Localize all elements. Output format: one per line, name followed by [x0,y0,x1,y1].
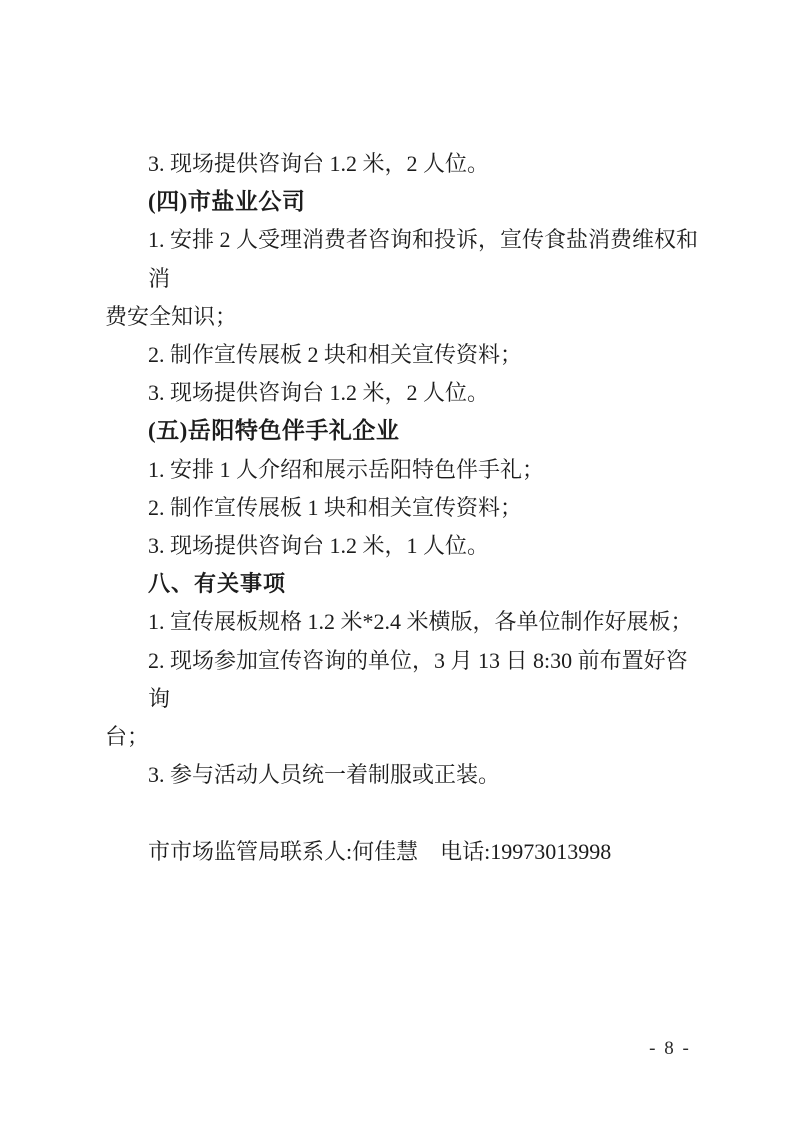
section-heading-4: (四)市盐业公司 [105,183,707,221]
paragraph-line: 2. 制作宣传展板 2 块和相关宣传资料； [105,336,707,374]
document-body: 3. 现场提供咨询台 1.2 米，2 人位。 (四)市盐业公司 1. 安排 2 … [105,145,707,871]
paragraph-line-wrap: 费安全知识； [105,298,707,336]
paragraph-line: 3. 现场提供咨询台 1.2 米，2 人位。 [105,145,707,183]
paragraph-line: 3. 现场提供咨询台 1.2 米，2 人位。 [105,374,707,412]
page-number: - 8 - [640,1038,700,1060]
paragraph-line-wrap: 台； [105,718,707,756]
section-heading-8: 八、有关事项 [105,565,707,603]
blank-line [105,794,707,832]
paragraph-line: 2. 现场参加宣传咨询的单位，3 月 13 日 8:30 前布置好咨询 [105,642,707,718]
paragraph-line: 1. 安排 2 人受理消费者咨询和投诉，宣传食盐消费维权和消 [105,221,707,297]
document-page: 3. 现场提供咨询台 1.2 米，2 人位。 (四)市盐业公司 1. 安排 2 … [0,0,793,1122]
paragraph-line: 3. 参与活动人员统一着制服或正装。 [105,756,707,794]
section-heading-5: (五)岳阳特色伴手礼企业 [105,412,707,450]
paragraph-line: 3. 现场提供咨询台 1.2 米，1 人位。 [105,527,707,565]
paragraph-line: 2. 制作宣传展板 1 块和相关宣传资料； [105,489,707,527]
paragraph-line: 1. 安排 1 人介绍和展示岳阳特色伴手礼； [105,451,707,489]
paragraph-line: 1. 宣传展板规格 1.2 米*2.4 米横版，各单位制作好展板； [105,603,707,641]
contact-line: 市市场监管局联系人:何佳慧 电话:19973013998 [105,833,707,871]
